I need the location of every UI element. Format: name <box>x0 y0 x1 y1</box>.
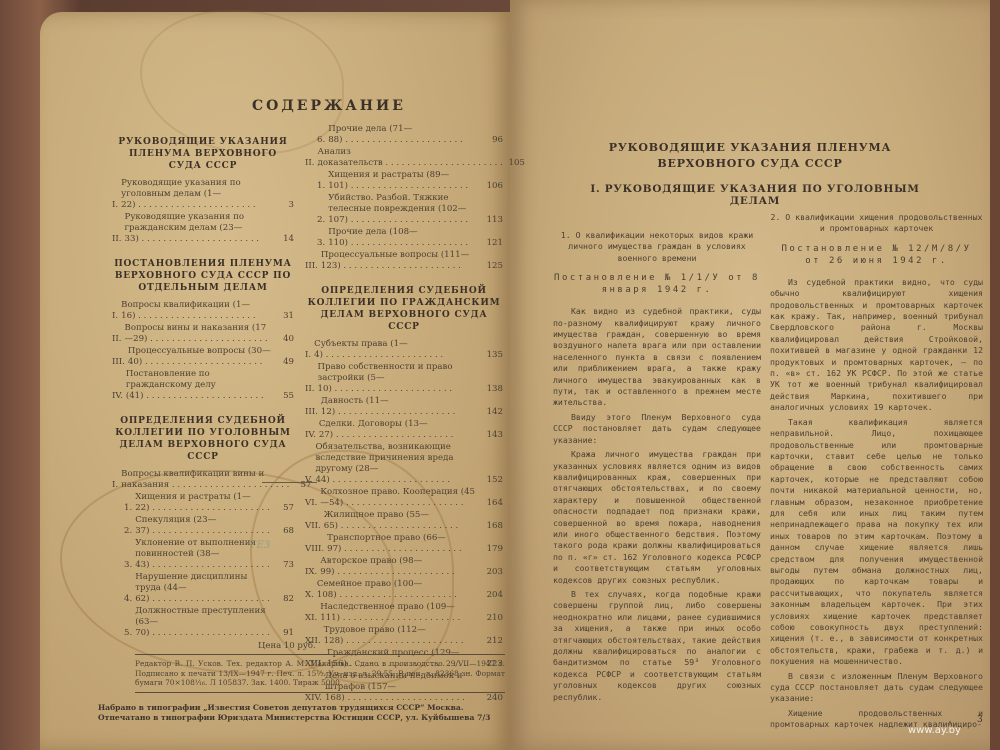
toc-entry-number: III. <box>305 407 321 418</box>
toc-entry-page: 55 <box>272 391 294 402</box>
toc-entry-text: Обязательства, возникающие вследствие пр… <box>315 442 481 486</box>
toc-entry-text: Субъекты права (1—4) <box>314 339 481 361</box>
toc-entry-text: Право собственности и право застройки (5… <box>318 362 481 395</box>
ink-stamp: ГЕЗ <box>250 540 270 551</box>
toc-entry-page: 49 <box>272 357 294 368</box>
toc-entry: VII.Жилищное право (55—65)168 <box>305 510 503 532</box>
toc-entry-page: 204 <box>481 590 503 601</box>
toc-entry-text: Вопросы квалификации (1—16) <box>121 300 272 322</box>
toc-entry-text: Жилищное право (55—65) <box>324 510 481 532</box>
book-edge <box>990 0 1000 750</box>
toc-entry-page: 203 <box>481 567 503 578</box>
toc-entry-page: 152 <box>481 475 503 486</box>
toc-entry-number: 1. <box>305 181 328 192</box>
toc-entry-text: Прочие дела (71—88) <box>328 124 481 146</box>
toc-entry-page: 121 <box>481 238 503 249</box>
toc-entry-number: VII. <box>305 521 324 532</box>
toc-entry-text: Нарушение дисциплины труда (44—62) <box>135 572 272 605</box>
divider <box>262 482 317 483</box>
toc-entry: IV.Постановление по гражданскому делу (4… <box>112 369 294 402</box>
toc-entry-page: 57 <box>272 503 294 514</box>
toc-entry-number: III. <box>112 357 128 368</box>
toc-entry-number: 2. <box>112 526 135 537</box>
toc-entry: III.Давность (11—12)142 <box>305 396 503 418</box>
article-2-body: Из судебной практики видно, что суды обы… <box>770 277 983 731</box>
toc-entry-page: 68 <box>272 526 294 537</box>
toc-entry-text: Процессуальные вопросы (30—40) <box>128 346 272 368</box>
toc-entry: II.Анализ доказательств105 <box>305 147 503 169</box>
toc-entry: IV.Сделки. Договоры (13—27)143 <box>305 419 503 441</box>
toc-entry-page: 14 <box>272 234 294 245</box>
toc-entry-page: 168 <box>481 521 503 532</box>
toc-entry: VIII.Транспортное право (66—97)179 <box>305 533 503 555</box>
toc-entry-number: II. <box>112 234 125 245</box>
open-book: СОДЕРЖАНИЕ РУКОВОДЯЩИЕ УКАЗАНИЯ ПЛЕНУМА … <box>0 0 1000 750</box>
article-1-body: Как видно из судебной практики, суды по-… <box>553 306 761 703</box>
toc-entry-page: 164 <box>481 498 503 509</box>
toc-entry-text: Постановление по гражданскому делу (41) <box>126 369 272 402</box>
toc-entry-text: Процессуальные вопросы (111—123) <box>321 250 481 272</box>
price-label: Цена 10 руб. <box>258 641 316 651</box>
toc-entry: 5.Должностные преступления (63—70)91 <box>112 606 294 639</box>
toc-entry-text: Руководящие указания по уголовным делам … <box>121 178 272 211</box>
toc-entry-page: 3 <box>272 200 294 211</box>
toc-entry-text: Давность (11—12) <box>321 396 481 418</box>
paragraph: В связи с изложенным Пленум Верховного с… <box>770 671 983 705</box>
toc-entry-text: Вопросы квалификации вины и наказания <box>121 469 289 491</box>
toc-entry-page: 179 <box>481 544 503 555</box>
toc-entry: VI.Колхозное право. Кооперация (45—54)16… <box>305 487 503 509</box>
toc-entry-page: 106 <box>481 181 503 192</box>
article-1-decree: Постановление № 1/1/У от 8 января 1942 г… <box>553 272 761 296</box>
paragraph: Такая квалификация является неправильной… <box>770 417 983 668</box>
printer-info: Набрано в типографии „Известия Советов д… <box>98 703 508 723</box>
paragraph: Как видно из судебной практики, суды по-… <box>553 306 761 409</box>
toc-entry: II.Руководящие указания по гражданским д… <box>112 212 294 245</box>
toc-entry-number: I. <box>305 350 314 361</box>
printer-line-1: Набрано в типографии „Известия Советов д… <box>98 703 508 713</box>
toc-entry-text: Вопросы вины и наказания (17—29) <box>125 323 272 345</box>
paragraph: В тех случаях, когда подобные кражи сове… <box>553 589 761 703</box>
toc-entry: II.Право собственности и право застройки… <box>305 362 503 395</box>
toc-entry: IX.Авторское право (98—99)203 <box>305 556 503 578</box>
toc-title: СОДЕРЖАНИЕ <box>252 98 406 114</box>
toc-entry-text: Наследственное право (109—111) <box>320 602 481 624</box>
toc-entry-page: 73 <box>272 560 294 571</box>
toc-entry: 1.Хищения и растраты (1—22)57 <box>112 492 294 514</box>
toc-entry-page: 142 <box>481 407 503 418</box>
toc-entry-text: Трудовое право (112—128) <box>324 625 481 647</box>
toc-entry-page: 113 <box>481 215 503 226</box>
toc-entry: I.Вопросы квалификации (1—16)31 <box>112 300 294 322</box>
article-2: 2. О квалификации хищения продовольствен… <box>770 212 983 734</box>
toc-entry: II.Вопросы вины и наказания (17—29)40 <box>112 323 294 345</box>
toc-entry-number: I. <box>112 480 121 491</box>
toc-entry: XII.Трудовое право (112—128)212 <box>305 625 503 647</box>
toc-entry-text: Спекуляция (23—37) <box>135 515 272 537</box>
toc-entry-number: V. <box>305 475 315 486</box>
toc-entry: III.Процессуальные вопросы (111—123)125 <box>305 250 503 272</box>
toc-entry-number: I. <box>112 200 121 211</box>
toc-entry-number: II. <box>112 334 125 345</box>
toc-entry-number: IV. <box>112 391 126 402</box>
toc-entry-page: 138 <box>481 384 503 395</box>
toc-entry-number: VI. <box>305 498 320 509</box>
toc-entry-number: IX. <box>305 567 320 578</box>
toc-section-heading: ПОСТАНОВЛЕНИЯ ПЛЕНУМА ВЕРХОВНОГО СУДА СС… <box>112 258 294 294</box>
toc-entry: XI.Наследственное право (109—111)210 <box>305 602 503 624</box>
paragraph: Ввиду этого Пленум Верховного суда СССР … <box>553 412 761 446</box>
page-number: 3 <box>977 715 983 725</box>
toc-entry-number: 5. <box>112 628 135 639</box>
right-page-main-heading: РУКОВОДЯЩИЕ УКАЗАНИЯ ПЛЕНУМА ВЕРХОВНОГО … <box>600 140 900 172</box>
toc-entry-number: 2. <box>305 215 328 226</box>
toc-entry: 6.Прочие дела (71—88)96 <box>305 124 503 146</box>
toc-entry-page: 125 <box>481 261 503 272</box>
toc-entry: 4.Нарушение дисциплины труда (44—62)82 <box>112 572 294 605</box>
toc-entry-text: Транспортное право (66—97) <box>327 533 481 555</box>
toc-entry: 2.Убийство. Разбой. Тяжкие телесные повр… <box>305 193 503 226</box>
toc-left-column: РУКОВОДЯЩИЕ УКАЗАНИЯ ПЛЕНУМА ВЕРХОВНОГО … <box>112 136 294 652</box>
toc-entry: I.Субъекты права (1—4)135 <box>305 339 503 361</box>
toc-entry: 3.Прочие дела (108—110)121 <box>305 227 503 249</box>
toc-entry-page: 212 <box>481 636 503 647</box>
article-1-title: 1. О квалификации некоторых видов кражи … <box>553 230 761 264</box>
toc-entry-number: II. <box>305 384 318 395</box>
toc-entry-page: 82 <box>272 594 294 605</box>
printer-line-2: Отпечатано в типографии Юриздата Министе… <box>98 713 508 723</box>
toc-entry-page: 40 <box>272 334 294 345</box>
toc-entry-number: II. <box>305 158 318 169</box>
toc-entry: I.Вопросы квалификации вины и наказания5… <box>112 469 294 491</box>
toc-entry-page: 96 <box>481 135 503 146</box>
toc-entry: III.Процессуальные вопросы (30—40)49 <box>112 346 294 368</box>
toc-entry-number: III. <box>305 261 321 272</box>
toc-entry: 1.Хищения и растраты (89—101)106 <box>305 170 503 192</box>
toc-entry-number: 6. <box>305 135 328 146</box>
toc-entry-text: Семейное право (100—108) <box>317 579 481 601</box>
paragraph: Из судебной практики видно, что суды обы… <box>770 277 983 414</box>
article-1: 1. О квалификации некоторых видов кражи … <box>553 230 761 706</box>
toc-entry: V.Обязательства, возникающие вследствие … <box>305 442 503 486</box>
toc-entry-number: 4. <box>112 594 135 605</box>
toc-entry-page: 143 <box>481 430 503 441</box>
toc-entry-number: 3. <box>305 238 328 249</box>
toc-entry: I.Руководящие указания по уголовным дела… <box>112 178 294 211</box>
toc-entry-page: 31 <box>272 311 294 322</box>
toc-entry-text: Убийство. Разбой. Тяжкие телесные повреж… <box>328 193 481 226</box>
toc-entry-text: Должностные преступления (63—70) <box>135 606 272 639</box>
toc-section-heading: РУКОВОДЯЩИЕ УКАЗАНИЯ ПЛЕНУМА ВЕРХОВНОГО … <box>112 136 294 172</box>
toc-entry-page: 135 <box>481 350 503 361</box>
toc-entry-number: VIII. <box>305 544 327 555</box>
toc-right-column: 6.Прочие дела (71—88)96II.Анализ доказат… <box>305 124 503 717</box>
toc-section-heading: ОПРЕДЕЛЕНИЯ СУДЕБНОЙ КОЛЛЕГИИ ПО УГОЛОВН… <box>112 415 294 463</box>
toc-entry-text: Сделки. Договоры (13—27) <box>319 419 481 441</box>
toc-entry-text: Авторское право (98—99) <box>320 556 481 578</box>
toc-entry-text: Руководящие указания по гражданским дела… <box>125 212 272 245</box>
toc-entry: X.Семейное право (100—108)204 <box>305 579 503 601</box>
toc-entry-text: Колхозное право. Кооперация (45—54) <box>320 487 481 509</box>
toc-entry-page: 105 <box>503 158 525 169</box>
toc-entry-number: IV. <box>305 430 319 441</box>
paragraph: Кража личного имущества граждан при указ… <box>553 449 761 586</box>
article-2-title: 2. О квалификации хищения продовольствен… <box>770 212 983 235</box>
imprint-details: Редактор В. П. Усков. Тех. редактор А. М… <box>135 654 505 693</box>
toc-section-heading: ОПРЕДЕЛЕНИЯ СУДЕБНОЙ КОЛЛЕГИИ ПО ГРАЖДАН… <box>305 285 503 333</box>
toc-entry-text: Хищения и растраты (89—101) <box>328 170 481 192</box>
toc-entry-number: X. <box>305 590 317 601</box>
toc-entry-number: XI. <box>305 613 320 624</box>
article-2-decree: Постановление № 12/М/8/У от 26 июня 1942… <box>770 243 983 267</box>
toc-entry-page: 91 <box>272 628 294 639</box>
toc-entry-text: Прочие дела (108—110) <box>328 227 481 249</box>
toc-entry-text: Анализ доказательств <box>318 147 503 169</box>
toc-entry-number: 1. <box>112 503 135 514</box>
toc-entry-number: 3. <box>112 560 135 571</box>
toc-entry-text: Хищения и растраты (1—22) <box>135 492 272 514</box>
toc-entry-number: I. <box>112 311 121 322</box>
right-page-section-heading: I. РУКОВОДЯЩИЕ УКАЗАНИЯ ПО УГОЛОВНЫМ ДЕЛ… <box>585 183 925 207</box>
watermark: www.ay.by <box>908 725 961 736</box>
toc-entry-page: 210 <box>481 613 503 624</box>
toc-entry: 2.Спекуляция (23—37)68 <box>112 515 294 537</box>
